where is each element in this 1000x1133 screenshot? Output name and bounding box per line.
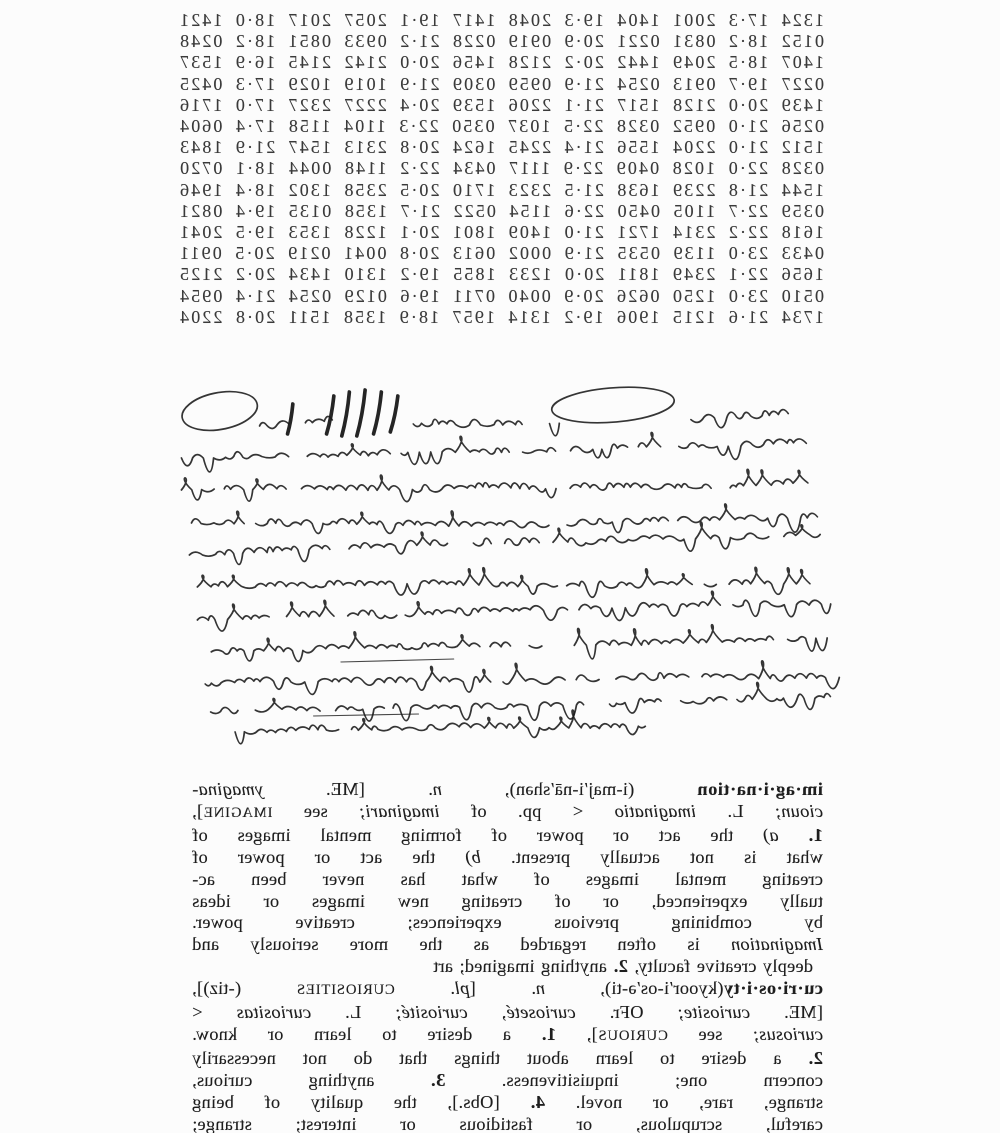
dictionary-line: creating mental images of what has never… — [192, 869, 823, 891]
dictionary-text-segment: imaginari; — [359, 801, 440, 821]
handwriting-block — [166, 378, 843, 742]
dictionary-text-segment: by combining previous experiences; creat… — [192, 912, 823, 932]
dictionary-text-segment: [Obs.], the quality of being — [192, 1092, 530, 1112]
number-row: 1544 21·8 2239 1638 21·5 2323 1710 20·5 … — [178, 180, 824, 201]
handwriting-line — [202, 661, 841, 695]
dictionary-line: concern one; inquisitiveness. 3. anythin… — [192, 1070, 823, 1092]
dictionary-text-segment: n. — [531, 978, 545, 998]
dictionary-text-segment: pl. — [450, 978, 470, 998]
number-row: 0510 23·0 1250 0626 20·9 0040 0711 19·6 … — [178, 286, 824, 307]
dictionary-text-segment: a) — [763, 825, 779, 845]
handwriting-line — [258, 416, 333, 428]
number-row: 0256 21·0 0952 0328 22·5 1037 0350 22·3 … — [178, 116, 824, 137]
number-row: 0328 22·0 1028 0409 22·9 1117 0434 22·2 … — [178, 158, 824, 179]
dictionary-text-segment: IMAGINE — [203, 805, 272, 821]
dictionary-text-segment: cu·ri·os·i·ty — [724, 978, 823, 998]
number-row: 1618 22·2 2314 1721 21·0 1409 1801 20·1 … — [178, 222, 824, 243]
dictionary-line: curiosus; see CURIOUS], 1. a desire to l… — [192, 1024, 823, 1048]
dictionary-text-segment: cioun; — [775, 801, 823, 821]
number-row: 0433 23·0 1139 0535 21·9 0002 0613 20·8 … — [178, 243, 824, 264]
dictionary-text-segment: ], — [192, 801, 203, 821]
dictionary-line: cu·ri·os·i·ty(kyoor′i-os′ə-ti), n. [pl. … — [192, 978, 823, 1002]
dictionary-text-segment: Imagination — [731, 934, 823, 954]
dictionary-line: cioun; L. imaginatio < pp. of imaginari;… — [192, 801, 823, 825]
dictionary-text-segment: 2. — [808, 1048, 823, 1068]
handwriting-line — [179, 469, 810, 501]
dictionary-text-segment: the act or power of forming mental image… — [192, 825, 763, 845]
heavy-pen-stroke — [284, 404, 297, 434]
dictionary-text-segment: curioseté, curiosité; — [395, 1002, 575, 1022]
dictionary-text-segment: < — [192, 1002, 237, 1022]
dictionary-text-segment: [ME. — [263, 779, 428, 799]
flourish-loop — [177, 385, 263, 436]
dictionary-text-segment: anything curious, — [192, 1070, 431, 1090]
handwriting-line — [189, 504, 819, 534]
heavy-pen-stroke — [368, 392, 386, 434]
dictionary-text-segment: is often regarded as the more seriously … — [192, 934, 731, 954]
dictionary-text-segment: [ME. — [750, 1002, 823, 1022]
dictionary-text-segment: im·ag·i·na·tion — [697, 779, 823, 799]
handwriting-line — [194, 591, 834, 631]
dictionary-text-segment: 2. — [613, 956, 628, 976]
dictionary-text-segment: L. — [311, 1002, 395, 1022]
dictionary-text-segment: (i-maj′i-nā′shən), — [442, 779, 697, 799]
number-row: 1656 22·1 2349 1811 20·0 1233 1855 19·2 … — [178, 264, 824, 285]
tide-table: 1324 17·3 2001 1404 19·3 2048 1417 19·1 … — [178, 10, 824, 328]
number-row: 1439 20·0 2128 1517 21·1 2206 1539 20·4 … — [178, 95, 824, 116]
dictionary-text-segment: OFr. — [576, 1002, 678, 1022]
dictionary-text-segment: a desire to learn about things that do n… — [192, 1048, 808, 1068]
handwriting-line — [195, 567, 812, 597]
number-row: 0359 22·7 1105 0450 22·6 1154 0522 21·7 … — [178, 201, 824, 222]
number-row: 0227 19·7 0913 0254 21·9 0959 0309 21·9 … — [178, 74, 824, 95]
dictionary-text-segment: see — [272, 801, 359, 821]
dictionary-text-segment: CURIOSITIES — [296, 982, 395, 998]
handwriting-line — [232, 710, 647, 744]
dictionary-text-segment: imaginatio — [614, 801, 696, 821]
dictionary-text-segment: a desire to learn or know. — [192, 1024, 541, 1044]
handwriting-line — [690, 410, 790, 428]
number-row: 1324 17·3 2001 1404 19·3 2048 1417 19·1 … — [178, 10, 824, 31]
dictionary-column: im·ag·i·na·tion (i-maj′i-nā′shən), n. [M… — [192, 779, 823, 1133]
dictionary-line: deeply creative faculty, 2. anything ima… — [192, 956, 823, 978]
dictionary-line: tually experienced, or of creating new i… — [192, 891, 823, 913]
dictionary-text-segment: see — [668, 1024, 753, 1044]
pen-dash — [313, 714, 419, 716]
dictionary-text-segment: curiosus; — [753, 1024, 823, 1044]
dictionary-line: strange, rare, or novel. 4. [Obs.], the … — [192, 1092, 823, 1114]
handwriting-line — [208, 625, 830, 662]
dictionary-line: [ME. curiosite; OFr. curioseté, curiosit… — [192, 1002, 823, 1024]
dictionary-text-segment: (kyoor′i-os′ə-ti), — [545, 978, 724, 998]
flourish-loop — [548, 383, 677, 428]
dictionary-text-segment: ], — [556, 1024, 598, 1044]
dictionary-text-segment — [395, 978, 450, 998]
dictionary-text-segment: 1. — [541, 1024, 556, 1044]
dictionary-text-segment: b) — [465, 847, 481, 867]
scanned-page: 1324 17·3 2001 1404 19·3 2048 1417 19·1 … — [0, 0, 1000, 1133]
number-row: 1734 21·6 1215 1906 19·2 1314 1957 18·9 … — [178, 307, 824, 328]
dictionary-line: Imagination is often regarded as the mor… — [192, 934, 823, 956]
dictionary-text-segment: anything imagined; art — [433, 956, 613, 976]
dictionary-line: im·ag·i·na·tion (i-maj′i-nā′shən), n. [M… — [192, 779, 823, 801]
heavy-pen-stroke — [386, 396, 402, 432]
dictionary-text-segment: < pp. of — [440, 801, 615, 821]
dictionary-text-segment: creating mental images of what has never… — [192, 869, 823, 889]
dictionary-text-segment: concern one; inquisitiveness. — [445, 1070, 823, 1090]
dictionary-text-segment: the act or power of — [192, 847, 465, 867]
dictionary-text-segment: curiosite; — [677, 1002, 749, 1022]
dictionary-text-segment: tually experienced, or of creating new i… — [192, 891, 823, 911]
dictionary-line: by combining previous experiences; creat… — [192, 912, 823, 934]
handwriting-line — [178, 432, 809, 471]
dictionary-text-segment: (-tiz)], — [192, 978, 296, 998]
dictionary-text-segment: 1. — [808, 825, 823, 845]
dictionary-text-segment: deeply creative faculty, — [628, 956, 813, 976]
dictionary-text-segment: L. — [696, 801, 775, 821]
dictionary-line: 2. a desire to learn about things that d… — [192, 1048, 823, 1070]
number-row: 1407 18·5 2049 1442 20·2 2128 1456 20·0 … — [178, 52, 824, 73]
handwriting-line — [413, 419, 561, 435]
dictionary-text-segment: CURIOUS — [598, 1028, 668, 1044]
dictionary-line: what is not actually present. b) the act… — [192, 847, 823, 869]
number-row: 1512 21·0 2204 1556 21·4 2245 1624 20·8 … — [178, 137, 824, 158]
dictionary-line: 1. a) the act or power of forming mental… — [192, 825, 823, 847]
handwriting-line — [185, 522, 824, 565]
dictionary-text-segment: 3. — [431, 1070, 446, 1090]
number-row: 0152 18·2 0831 0221 20·9 0919 0228 21·2 … — [178, 31, 824, 52]
pen-dash — [340, 659, 454, 662]
dictionary-text-segment — [779, 825, 809, 845]
dictionary-text-segment: curiositas — [237, 1002, 312, 1022]
dictionary-text-segment: careful, scrupulous, or fastidious or in… — [192, 1114, 823, 1133]
heavy-pen-stroke — [351, 390, 371, 436]
dictionary-text-segment: ymagina- — [192, 779, 263, 799]
dictionary-line: careful, scrupulous, or fastidious or in… — [192, 1114, 823, 1133]
handwriting-line — [207, 683, 833, 722]
dictionary-text-segment: 4. — [530, 1092, 545, 1112]
heavy-pen-stroke — [322, 396, 339, 434]
dictionary-text-segment: what is not actually present. — [481, 847, 823, 867]
dictionary-text-segment: n. — [428, 779, 442, 799]
heavy-pen-stroke — [336, 392, 354, 436]
dictionary-text-segment: strange, rare, or novel. — [545, 1092, 823, 1112]
dictionary-text-segment: [ — [469, 978, 530, 998]
